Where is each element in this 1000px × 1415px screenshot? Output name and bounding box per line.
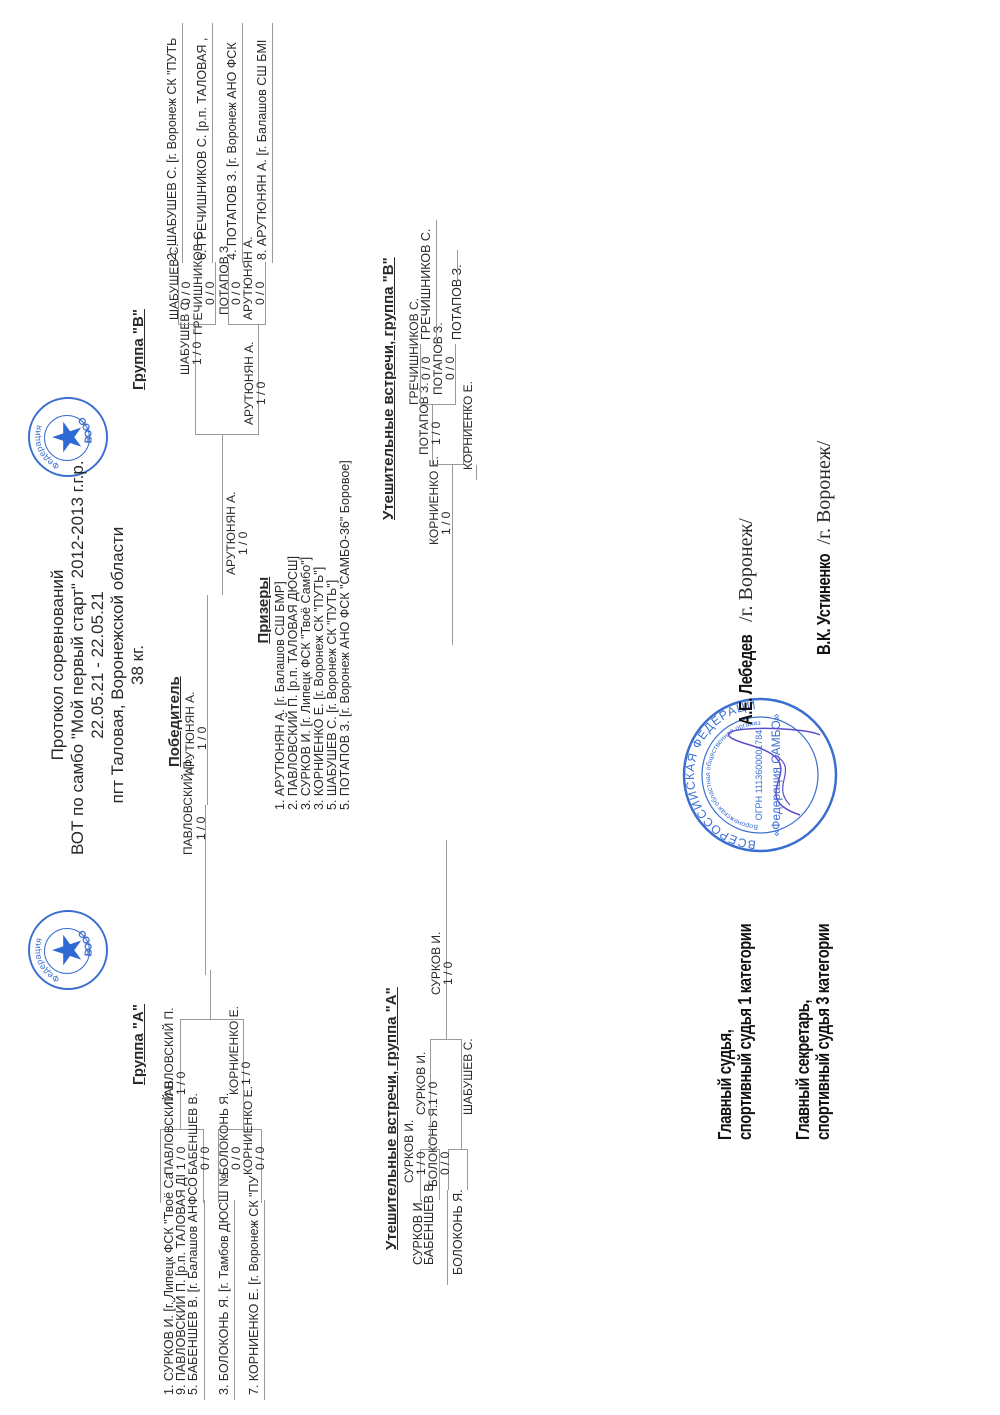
bout-score: 1 / 0 bbox=[237, 532, 249, 555]
svg-text:ОГРН 1113600001784: ОГРН 1113600001784 bbox=[754, 730, 764, 821]
bout-score: 0 / 0 bbox=[444, 357, 456, 380]
secretary-role-line2: спортивный судья 3 категории bbox=[813, 924, 834, 1140]
bout-score: 1 / 0 bbox=[430, 422, 442, 445]
group-a-title: Группа "А" bbox=[130, 1004, 147, 1085]
federation-stamp-left: Федерация ВООО ★ bbox=[28, 910, 108, 990]
chief-judge-name: А.Е. Лебедев bbox=[736, 635, 757, 725]
prizewinner-item: 5. ПОТАПОВ З. [г. Воронеж АНО ФСК "САМБО… bbox=[339, 460, 352, 810]
group-b-title: Группа "В" bbox=[130, 309, 147, 390]
protocol-sheet: Федерация ВООО ★ Федерация ВООО ★ Проток… bbox=[0, 0, 1000, 1415]
bout-score: 0 / 0 bbox=[204, 282, 216, 305]
secretary-name: В.К. Устиненко bbox=[814, 554, 835, 655]
consolation-a-title: Утешительные встречи, группа "А" bbox=[383, 987, 400, 1250]
participant-entry: 2. ШАБУШЕВ С. [г. Воронеж СК "ПУТЬ bbox=[166, 38, 179, 260]
secretary-city: /г. Воронеж/ bbox=[813, 441, 835, 550]
chief-judge-role-line2: спортивный судья 1 категории bbox=[735, 924, 756, 1140]
star-icon: ★ bbox=[38, 912, 98, 988]
participant-entry: 3. БОЛОКОНЬ Я. [г. Тамбов ДЮСШ № bbox=[218, 1174, 231, 1395]
consolation-opponent: КОРНИЕНКО Е. bbox=[462, 381, 474, 470]
chief-judge-signature: А.Е. Лебедев /г. Воронеж/ bbox=[735, 518, 758, 725]
bout-score: 1 / 0 bbox=[440, 512, 452, 535]
participant-entry: 8. АРУТЮНЯН А. [г. Балашов СШ БМІ bbox=[256, 40, 269, 260]
event-name: ВОТ по самбо "Мой первый старт" 2012-201… bbox=[68, 475, 88, 855]
participant-entry: 5. БАБЕНШЕВ В. [г. Балашов АНФСО bbox=[187, 1177, 200, 1395]
chief-judge-role-line1: Главный судья, bbox=[715, 1030, 736, 1140]
official-seal: ВСЕРОССИЙСКАЯ ФЕДЕРАЦИЯ Воронежская обла… bbox=[680, 695, 840, 855]
seal-icon: ВСЕРОССИЙСКАЯ ФЕДЕРАЦИЯ Воронежская обла… bbox=[680, 695, 840, 855]
event-dates: 22.05.21 - 22.05.21 bbox=[88, 475, 108, 855]
document-header: Протокол соревнований ВОТ по самбо "Мой … bbox=[48, 475, 148, 855]
bout-score: 1 / 0 bbox=[191, 342, 203, 365]
prizewinners-block: Призеры 1. АРУТЮНЯН А. [г. Балашов СШ БМ… bbox=[255, 460, 352, 810]
secretary-role-line1: Главный секретарь, bbox=[793, 1000, 814, 1140]
svg-text:«Федерация САМБО»: «Федерация САМБО» bbox=[769, 713, 783, 836]
consolation-b-title: Утешительные встречи, группа "В" bbox=[380, 257, 397, 520]
event-venue: пгт Таловая, Воронежской области bbox=[108, 475, 128, 855]
secretary-signature: В.К. Устиненко /г. Воронеж/ bbox=[813, 441, 836, 655]
consolation-opponent: ШАБУШЕВ С. bbox=[462, 1038, 474, 1115]
bout-score: 0 / 0 bbox=[439, 1152, 451, 1175]
winner-title: Победитель bbox=[166, 676, 183, 767]
bout-score: 1 / 0 bbox=[175, 1072, 187, 1095]
bout-score: 1 / 0 bbox=[427, 1082, 439, 1105]
bout-score: 1 / 0 bbox=[442, 962, 454, 985]
prizewinners-title: Призеры bbox=[255, 460, 272, 760]
participant-entry: 4. ПОТАПОВ З. [г. Воронеж АНО ФСК bbox=[226, 42, 239, 260]
bout-score: 1 / 0 bbox=[195, 817, 207, 840]
chief-judge-city: /г. Воронеж/ bbox=[735, 518, 757, 627]
bout-score: 0 / 0 bbox=[254, 282, 266, 305]
bout-score: 1 / 0 bbox=[240, 1062, 252, 1085]
bout-score: 1 / 0 bbox=[255, 382, 267, 405]
participant-entry: 7. КОРНИЕНКО Е. [г. Воронеж СК "ПУ bbox=[248, 1176, 261, 1395]
consolation-entrant: БОЛОКОНЬ Я. bbox=[452, 1189, 465, 1275]
consolation-entrant: ГРЕЧИШНИКОВ С. bbox=[420, 229, 433, 340]
bout-winner: АРУТЮНЯН А. bbox=[242, 237, 254, 321]
bout-score: 0 / 0 bbox=[254, 1147, 266, 1170]
doc-title: Протокол соревнований bbox=[48, 475, 68, 855]
weight-category: 38 кг. bbox=[128, 475, 148, 855]
participant-entry: 6. ГРЕЧИШНИКОВ С. [р.п. ТАЛОВАЯ , bbox=[196, 38, 209, 260]
bout-score: 0 / 0 bbox=[199, 1147, 211, 1170]
